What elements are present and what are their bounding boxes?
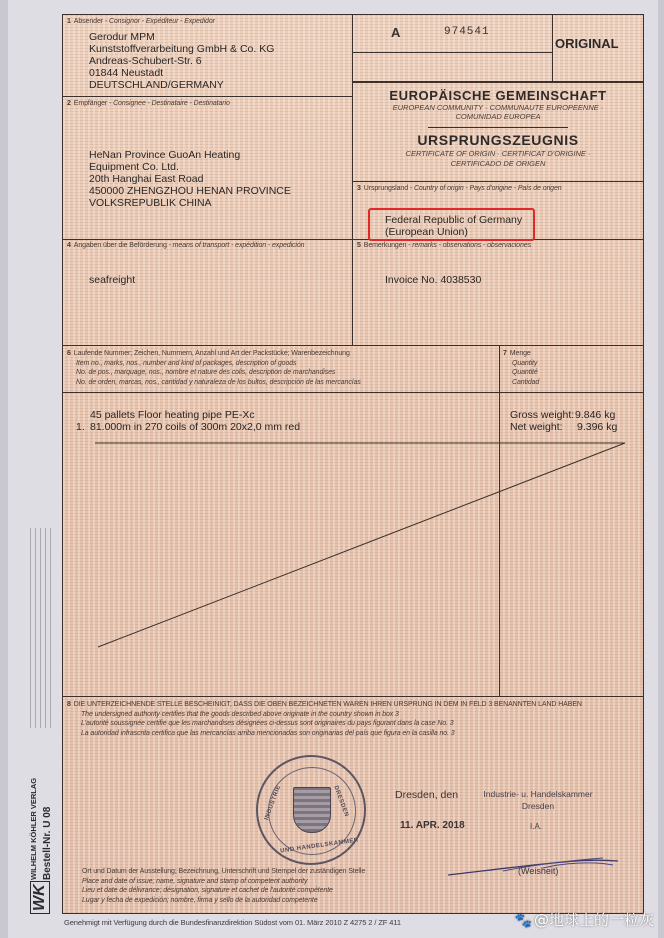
publisher-address-block: [30, 528, 52, 728]
publisher-order-number: Bestell-Nr. U 08: [42, 807, 53, 880]
date-of-issue: 11. APR. 2018: [400, 820, 465, 832]
authority-name: Industrie- u. Handelskammer Dresden: [473, 789, 603, 813]
certificate-form: A 974541 ORIGINAL EUROPÄISCHE GEMEINSCHA…: [62, 14, 644, 914]
authority-initials: I.A.: [530, 821, 542, 833]
watermark: 🐾@地球上的一粒灰: [515, 909, 654, 930]
approval-note: Genehmigt mit Verfügung durch die Bundes…: [64, 918, 401, 927]
publisher-name: WILHELM KÖHLER VERLAG: [29, 778, 38, 880]
publisher-logo: WK: [30, 881, 50, 914]
box8-statement: 8DIE UNTERZEICHNENDE STELLE BESCHEINIGT,…: [67, 700, 582, 738]
place-of-issue: Dresden, den: [395, 789, 458, 801]
baidu-paw-icon: 🐾: [515, 913, 532, 929]
signatory-name: (Weisheit): [518, 865, 558, 877]
official-stamp: UND HANDELSKAMMER DRESDEN INDUSTRIE: [256, 755, 366, 865]
watermark-text: @地球上的一粒灰: [534, 911, 654, 929]
box8-footer-label: Ort und Datum der Ausstellung; Bezeichnu…: [82, 867, 365, 905]
coat-of-arms-icon: [293, 787, 331, 833]
